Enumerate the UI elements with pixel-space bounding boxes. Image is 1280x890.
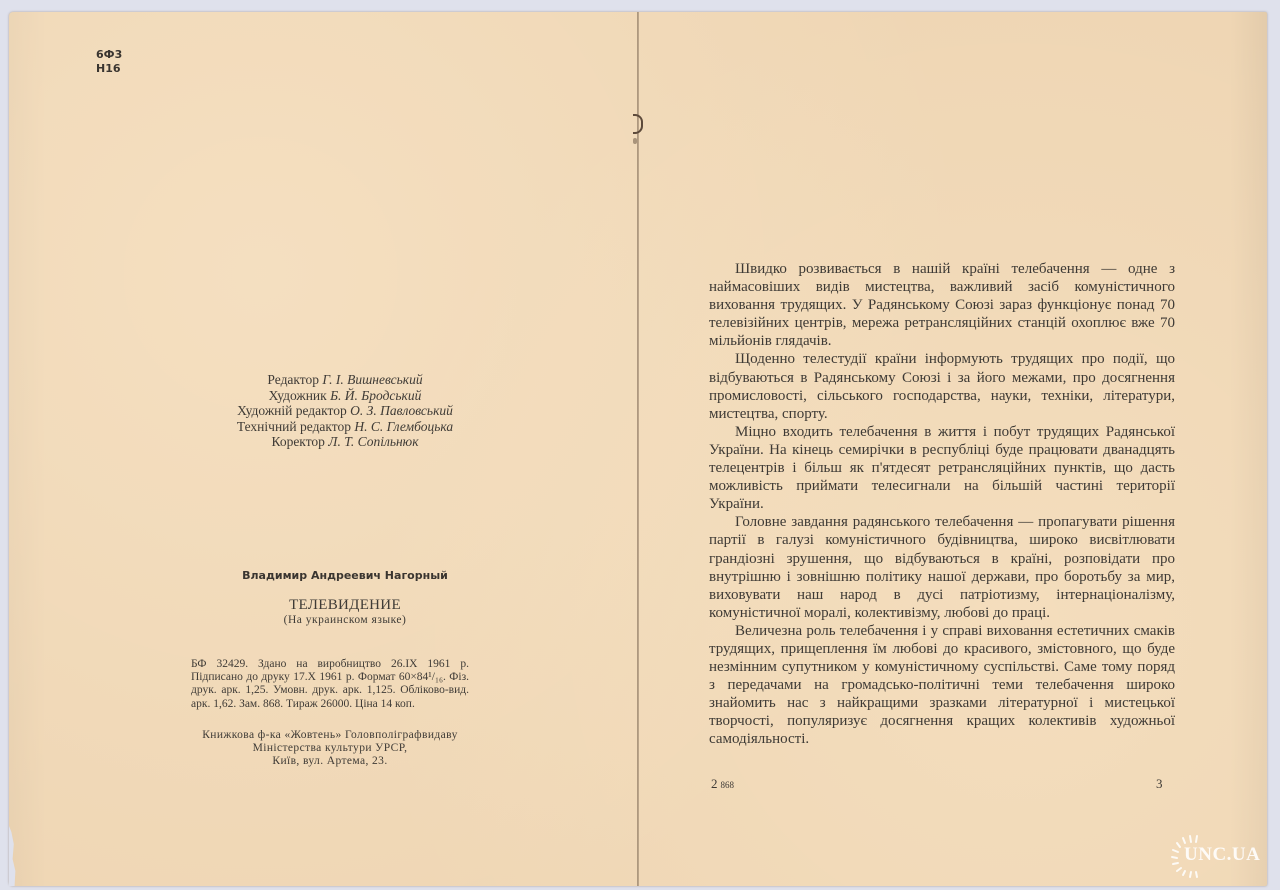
author-name: Владимир Андреевич Нагорный [180,569,510,582]
watermark-text: UNC.UA [1184,844,1260,866]
credit-line: Художник Б. Й. Бродський [180,388,510,404]
credit-name: О. З. Павловський [350,403,453,418]
credit-name: Н. С. Глембоцька [354,419,453,434]
classification-line: Н16 [96,62,122,76]
paragraph: Величезна роль телебачення і у справі ви… [709,622,1175,749]
signature-mark: 2 [711,776,718,791]
credit-name: Л. Т. Сопільнюк [328,434,418,449]
paragraph: Головне завдання радянського телебачення… [709,513,1175,622]
credit-line: Технічний редактор Н. С. Глембоцька [180,419,510,435]
credit-line: Художній редактор О. З. Павловський [180,403,510,419]
paragraph: Швидко розвивається в нашій країні телеб… [709,260,1175,350]
body-text: Швидко розвивається в нашій країні телеб… [709,260,1175,749]
credit-role: Редактор [267,372,319,387]
credit-role: Коректор [271,434,324,449]
credit-role: Художник [269,388,327,403]
credit-name: Г. І. Вишневський [322,372,422,387]
credit-line: Коректор Л. Т. Сопільнюк [180,434,510,450]
publisher-line: Київ, вул. Артема, 23. [180,755,480,768]
watermark: UNC.UA [1168,830,1268,880]
credits-block: Редактор Г. І. Вишневський Художник Б. Й… [180,372,510,450]
page-number: 3 [1156,776,1163,792]
book-spine [637,12,639,886]
classification-code: 6Ф3 Н16 [96,48,122,76]
credit-role: Художній редактор [237,403,347,418]
printer-signature: 2868 [711,776,734,792]
publisher-line: Книжкова ф-ка «Жовтень» Головполіграфвид… [180,729,480,742]
credit-line: Редактор Г. І. Вишневський [180,372,510,388]
book-title: ТЕЛЕВИДЕНИЕ [180,597,510,614]
paragraph: Міцно входить телебачення в життя і побу… [709,423,1175,513]
credit-role: Технічний редактор [237,419,351,434]
language-note: (На украинском языке) [180,614,510,626]
signature-order: 868 [721,780,735,790]
classification-line: 6Ф3 [96,48,122,62]
paragraph: Щоденно телестудії країни інформують тру… [709,350,1175,422]
publisher-line: Міністерства культури УРСР, [180,742,480,755]
imprint-details: БФ 32429. Здано на виробництво 26.IX 196… [191,658,469,711]
publisher-info: Книжкова ф-ка «Жовтень» Головполіграфвид… [180,729,480,769]
staple-mark [633,138,637,144]
credit-name: Б. Й. Бродський [330,388,421,403]
